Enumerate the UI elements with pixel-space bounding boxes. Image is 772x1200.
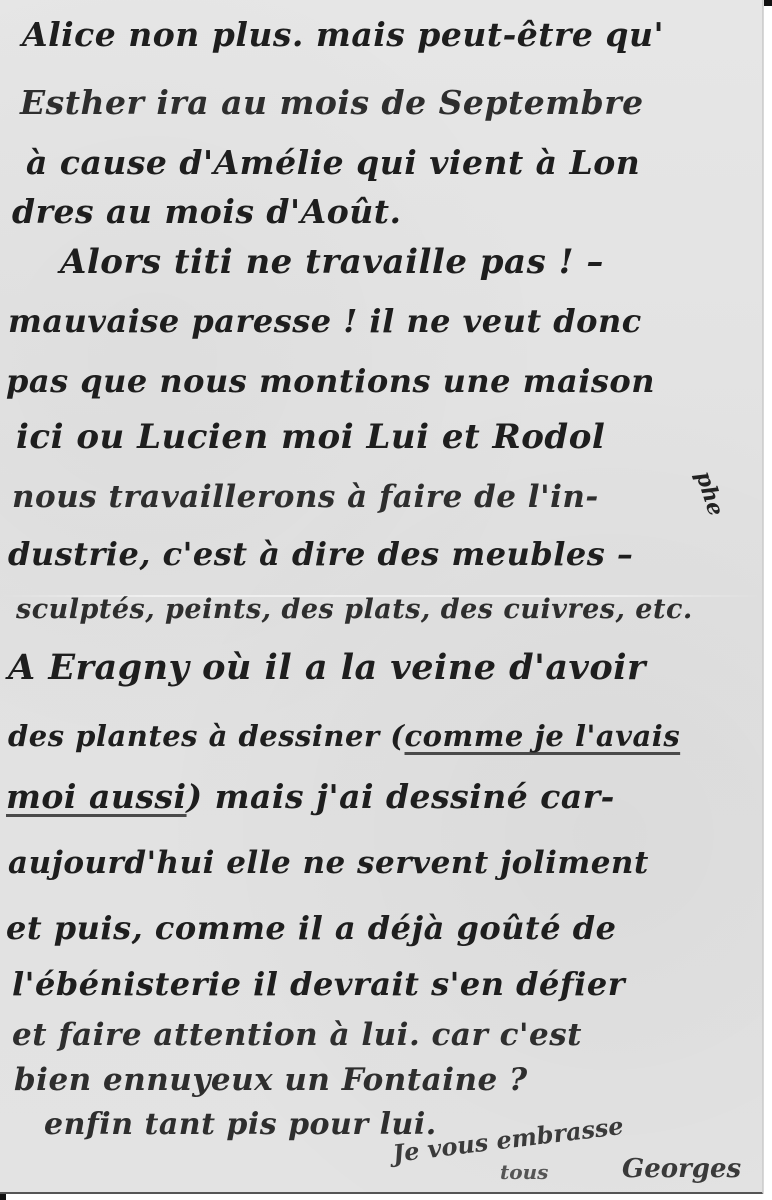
letter-line-1: Alice non plus. mais peut-être qu': [22, 18, 664, 51]
letter-paper: Alice non plus. mais peut-être qu' Esthe…: [0, 0, 763, 1194]
letter-line-4: dres au mois d'Août.: [12, 195, 401, 228]
scanned-page: Alice non plus. mais peut-être qu' Esthe…: [0, 0, 772, 1200]
letter-line-17: l'ébénisterie il devrait s'en défier: [12, 968, 625, 1000]
letter-line-6: mauvaise paresse ! il ne veut donc: [8, 305, 642, 337]
letter-line-2: Esther ira au mois de Septembre: [20, 86, 644, 119]
signature: Georges: [622, 1156, 741, 1182]
underlined-phrase-1: comme je l'avais: [405, 719, 681, 753]
letter-line-20: enfin tant pis pour lui.: [44, 1110, 437, 1140]
letter-line-7: pas que nous montions une maison: [6, 365, 655, 397]
letter-line-9: nous travaillerons à faire de l'in-: [12, 482, 599, 513]
letter-line-11: sculptés, peints, des plats, des cuivres…: [16, 596, 693, 623]
line-14-suffix: ) mais j'ai dessiné car-: [187, 777, 615, 816]
line-13-prefix: des plantes à dessiner (: [8, 719, 405, 753]
letter-line-15: aujourd'hui elle ne servent joliment: [8, 848, 649, 879]
margin-annotation: phe: [690, 468, 729, 519]
letter-line-8: ici ou Lucien moi Lui et Rodol: [16, 420, 605, 454]
letter-line-5: Alors titi ne travaille pas ! –: [60, 245, 604, 279]
letter-line-12: A Eragny où il a la veine d'avoir: [8, 650, 646, 685]
letter-line-13: des plantes à dessiner (comme je l'avais: [8, 722, 680, 751]
letter-line-16: et puis, comme il a déjà goûté de: [6, 912, 616, 944]
closing-tous: tous: [500, 1162, 548, 1182]
scan-corner-top-right: [762, 0, 772, 6]
letter-line-3: à cause d'Amélie qui vient à Lon: [26, 146, 640, 179]
letter-line-10: dustrie, c'est à dire des meubles –: [8, 538, 633, 570]
underlined-phrase-2: moi aussi: [6, 777, 187, 816]
letter-line-14: moi aussi) mais j'ai dessiné car-: [6, 780, 615, 813]
letter-line-18: et faire attention à lui. car c'est: [12, 1020, 582, 1051]
letter-line-19: bien ennuyeux un Fontaine ?: [14, 1065, 528, 1096]
